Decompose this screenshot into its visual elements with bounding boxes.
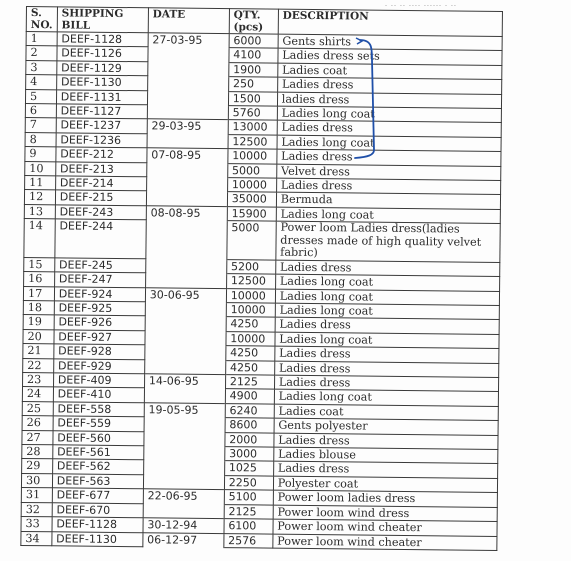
description-cell: Ladies blouse	[274, 447, 498, 464]
qty-cell: 10000	[226, 288, 275, 303]
date-cell	[145, 273, 226, 288]
shipping-bill-cell: DEEF-563	[52, 474, 143, 489]
sno-cell: 8	[25, 132, 56, 147]
shipping-bill-cell: DEEF-212	[56, 147, 147, 162]
qty-cell: 13000	[228, 120, 277, 135]
shipping-bill-cell: DEEF-213	[56, 161, 147, 176]
sno-cell: 31	[21, 488, 52, 503]
sno-cell: 19	[23, 315, 54, 330]
header-date: DATE	[148, 8, 229, 34]
qty-cell: 4250	[226, 317, 275, 332]
qty-cell: 5200	[226, 259, 275, 274]
shipping-table: S. NO. SHIPPING BILL DATE QTY. (pcs) DES…	[20, 6, 502, 551]
description-cell: Ladies dress	[274, 433, 498, 450]
qty-cell: 250	[228, 77, 277, 92]
table-row: 14DEEF-2445000Power loom Ladies dress(la…	[24, 219, 500, 262]
qty-cell: 10000	[227, 178, 276, 193]
description-cell: Velvet dress	[276, 164, 500, 181]
description-cell: Power loom Ladies dress(ladies dresses m…	[276, 221, 500, 262]
description-cell: Ladies dress	[275, 260, 499, 277]
shipping-bill-cell: DEEF-1236	[56, 133, 147, 148]
qty-cell: 6000	[229, 34, 278, 49]
sno-cell: 32	[21, 502, 52, 517]
qty-cell: 2250	[224, 475, 273, 490]
faint-header-text: - -- -- ---- ------ - --	[385, 2, 457, 9]
shipping-bill-cell: DEEF-926	[54, 315, 145, 330]
shipping-bill-cell: DEEF-1128	[57, 32, 148, 47]
description-cell: Ladies dress	[277, 149, 501, 166]
description-cell: Ladies dress	[277, 77, 501, 94]
shipping-bill-cell: DEEF-1237	[56, 118, 147, 133]
qty-cell: 2000	[225, 432, 274, 447]
sno-cell: 3	[26, 60, 57, 75]
qty-cell: 1025	[224, 461, 273, 476]
qty-cell: 5760	[228, 106, 277, 121]
sno-cell: 25	[22, 401, 53, 416]
qty-cell: 15900	[227, 206, 276, 221]
date-cell	[145, 316, 226, 331]
qty-cell: 10000	[226, 331, 275, 346]
date-cell: 27-03-95	[148, 33, 229, 48]
shipping-bill-cell: DEEF-670	[52, 502, 143, 517]
description-cell: Ladies coat	[278, 63, 502, 80]
qty-cell: 4250	[225, 360, 274, 375]
shipping-bill-cell: DEEF-561	[53, 445, 144, 460]
qty-cell: 2125	[225, 375, 274, 390]
date-cell: 08-08-95	[146, 206, 227, 221]
description-cell: Ladies dress	[275, 346, 499, 363]
description-cell: Ladies dress	[276, 178, 500, 195]
shipping-bill-cell: DEEF-1130	[52, 531, 143, 546]
qty-cell: 4250	[226, 346, 275, 361]
shipping-bill-cell: DEEF-215	[55, 190, 146, 205]
qty-cell: 5100	[224, 490, 273, 505]
shipping-bill-cell: DEEF-245	[54, 258, 145, 273]
sno-cell: 5	[25, 89, 56, 104]
shipping-bill-cell: DEEF-560	[53, 430, 144, 445]
date-cell	[148, 47, 229, 62]
qty-cell: 2576	[224, 533, 273, 548]
shipping-bill-cell: DEEF-925	[54, 301, 145, 316]
date-cell: 19-05-95	[144, 403, 225, 418]
date-cell	[145, 302, 226, 317]
description-cell: Gents shirts	[278, 34, 502, 51]
date-cell: 14-06-95	[144, 374, 225, 389]
header-description: DESCRIPTION	[278, 9, 502, 36]
sno-cell: 30	[21, 473, 52, 488]
description-cell: Ladies dress sets	[278, 49, 502, 66]
sno-cell: 6	[25, 104, 56, 119]
shipping-bill-cell: DEEF-677	[52, 488, 143, 503]
date-cell	[145, 259, 226, 274]
qty-cell: 12500	[226, 274, 275, 289]
shipping-bill-cell: DEEF-1128	[52, 517, 143, 532]
sno-cell: 26	[22, 416, 53, 431]
date-cell: 30-12-94	[143, 518, 224, 533]
description-cell: Ladies dress	[274, 361, 498, 378]
qty-cell: 4100	[229, 48, 278, 63]
qty-cell: 6100	[224, 519, 273, 534]
description-cell: Ladies dress	[275, 318, 499, 335]
description-cell: Ladies dress	[274, 375, 498, 392]
date-cell	[147, 134, 228, 149]
sno-cell: 17	[23, 286, 54, 301]
sno-cell: 18	[23, 300, 54, 315]
description-cell: ladies dress	[277, 92, 501, 109]
sno-cell: 29	[22, 459, 53, 474]
sno-cell: 7	[25, 118, 56, 133]
date-cell: 30-06-95	[145, 287, 226, 302]
description-cell: Ladies dress	[273, 462, 497, 479]
sno-cell: 14	[24, 219, 55, 258]
date-cell	[148, 62, 229, 77]
shipping-bill-cell: DEEF-924	[54, 286, 145, 301]
description-cell: Ladies coat	[274, 404, 498, 421]
sno-cell: 22	[23, 358, 54, 373]
sno-cell: 33	[21, 517, 52, 532]
date-cell	[144, 359, 225, 374]
date-cell	[146, 177, 227, 192]
description-cell: Ladies long coat	[275, 332, 499, 349]
shipping-bill-cell: DEEF-243	[55, 205, 146, 220]
shipping-bill-cell: DEEF-929	[53, 358, 144, 373]
qty-cell: 6240	[225, 403, 274, 418]
sno-cell: 4	[26, 75, 57, 90]
sno-cell: 20	[23, 329, 54, 344]
shipping-bill-cell: DEEF-1130	[56, 75, 147, 90]
description-cell: Ladies long coat	[275, 303, 499, 320]
date-cell: 22-06-95	[143, 489, 224, 504]
shipping-bill-cell: DEEF-244	[55, 219, 146, 258]
date-cell	[146, 162, 227, 177]
qty-cell: 10000	[228, 149, 277, 164]
sno-cell: 13	[24, 204, 55, 219]
qty-cell: 1900	[229, 62, 278, 77]
date-cell: 29-03-95	[147, 119, 228, 134]
date-cell	[147, 76, 228, 91]
sno-cell: 12	[24, 190, 55, 205]
shipping-bill-cell: DEEF-1127	[56, 104, 147, 119]
scanned-page: - -- -- ---- ------ - -- S. NO. SHIPPING…	[0, 0, 571, 561]
description-cell: Power loom wind dress	[273, 505, 497, 522]
header-sno: S. NO.	[26, 7, 57, 32]
description-cell: Ladies long coat	[277, 106, 501, 123]
description-cell: Ladies long coat	[275, 289, 499, 306]
sno-cell: 34	[21, 531, 52, 546]
date-cell	[145, 331, 226, 346]
qty-cell: 3000	[225, 447, 274, 462]
sno-cell: 21	[23, 344, 54, 359]
description-cell: Bermuda	[276, 193, 500, 210]
qty-cell: 4900	[225, 389, 274, 404]
date-cell	[144, 446, 225, 461]
sno-cell: 24	[22, 387, 53, 402]
description-cell: Ladies long coat	[277, 135, 501, 152]
date-cell	[146, 220, 227, 259]
description-cell: Power loom ladies dress	[273, 490, 497, 507]
header-qty: QTY. (pcs)	[229, 9, 278, 35]
qty-cell: 2125	[224, 504, 273, 519]
shipping-bill-cell: DEEF-410	[53, 387, 144, 402]
shipping-bill-cell: DEEF-927	[54, 330, 145, 345]
sno-cell: 15	[24, 257, 55, 272]
description-cell: Polyester coat	[273, 476, 497, 493]
sno-cell: 16	[24, 272, 55, 287]
shipping-bill-cell: DEEF-1126	[57, 46, 148, 61]
sno-cell: 27	[22, 430, 53, 445]
description-cell: Ladies long coat	[275, 274, 499, 291]
shipping-bill-cell: DEEF-409	[53, 373, 144, 388]
date-cell	[144, 417, 225, 432]
description-cell: Power loom wind cheater	[273, 519, 497, 536]
sno-cell: 9	[25, 147, 56, 162]
sno-cell: 2	[26, 46, 57, 61]
shipping-bill-cell: DEEF-214	[55, 176, 146, 191]
date-cell	[144, 388, 225, 403]
date-cell	[147, 90, 228, 105]
sno-cell: 10	[25, 161, 56, 176]
qty-cell: 35000	[227, 192, 276, 207]
shipping-bill-cell: DEEF-1131	[56, 89, 147, 104]
shipping-bill-cell: DEEF-559	[53, 416, 144, 431]
description-cell: Ladies long coat	[274, 390, 498, 407]
qty-cell: 12500	[228, 134, 277, 149]
date-cell	[146, 191, 227, 206]
date-cell	[143, 475, 224, 490]
qty-cell: 1500	[228, 91, 277, 106]
description-cell: Gents polyester	[274, 418, 498, 435]
date-cell	[143, 460, 224, 475]
sno-cell: 28	[22, 445, 53, 460]
description-cell: Power loom wind cheater	[273, 534, 497, 551]
description-cell: Ladies dress	[277, 121, 501, 138]
shipping-bill-cell: DEEF-562	[52, 459, 143, 474]
shipping-bill-cell: DEEF-558	[53, 402, 144, 417]
date-cell	[144, 431, 225, 446]
shipping-bill-cell: DEEF-1129	[57, 61, 148, 76]
sno-cell: 23	[23, 373, 54, 388]
sno-cell: 11	[25, 176, 56, 191]
date-cell	[143, 503, 224, 518]
date-cell	[147, 105, 228, 120]
qty-cell: 5000	[227, 221, 276, 260]
date-cell	[145, 345, 226, 360]
sno-cell: 1	[26, 32, 57, 47]
qty-cell: 8600	[225, 418, 274, 433]
qty-cell: 5000	[227, 163, 276, 178]
header-shipping-bill: SHIPPING BILL	[57, 7, 148, 33]
shipping-bill-cell: DEEF-247	[54, 272, 145, 287]
shipping-bill-cell: DEEF-928	[54, 344, 145, 359]
date-cell: 07-08-95	[147, 148, 228, 163]
qty-cell: 10000	[226, 303, 275, 318]
date-cell: 06-12-97	[143, 532, 224, 547]
